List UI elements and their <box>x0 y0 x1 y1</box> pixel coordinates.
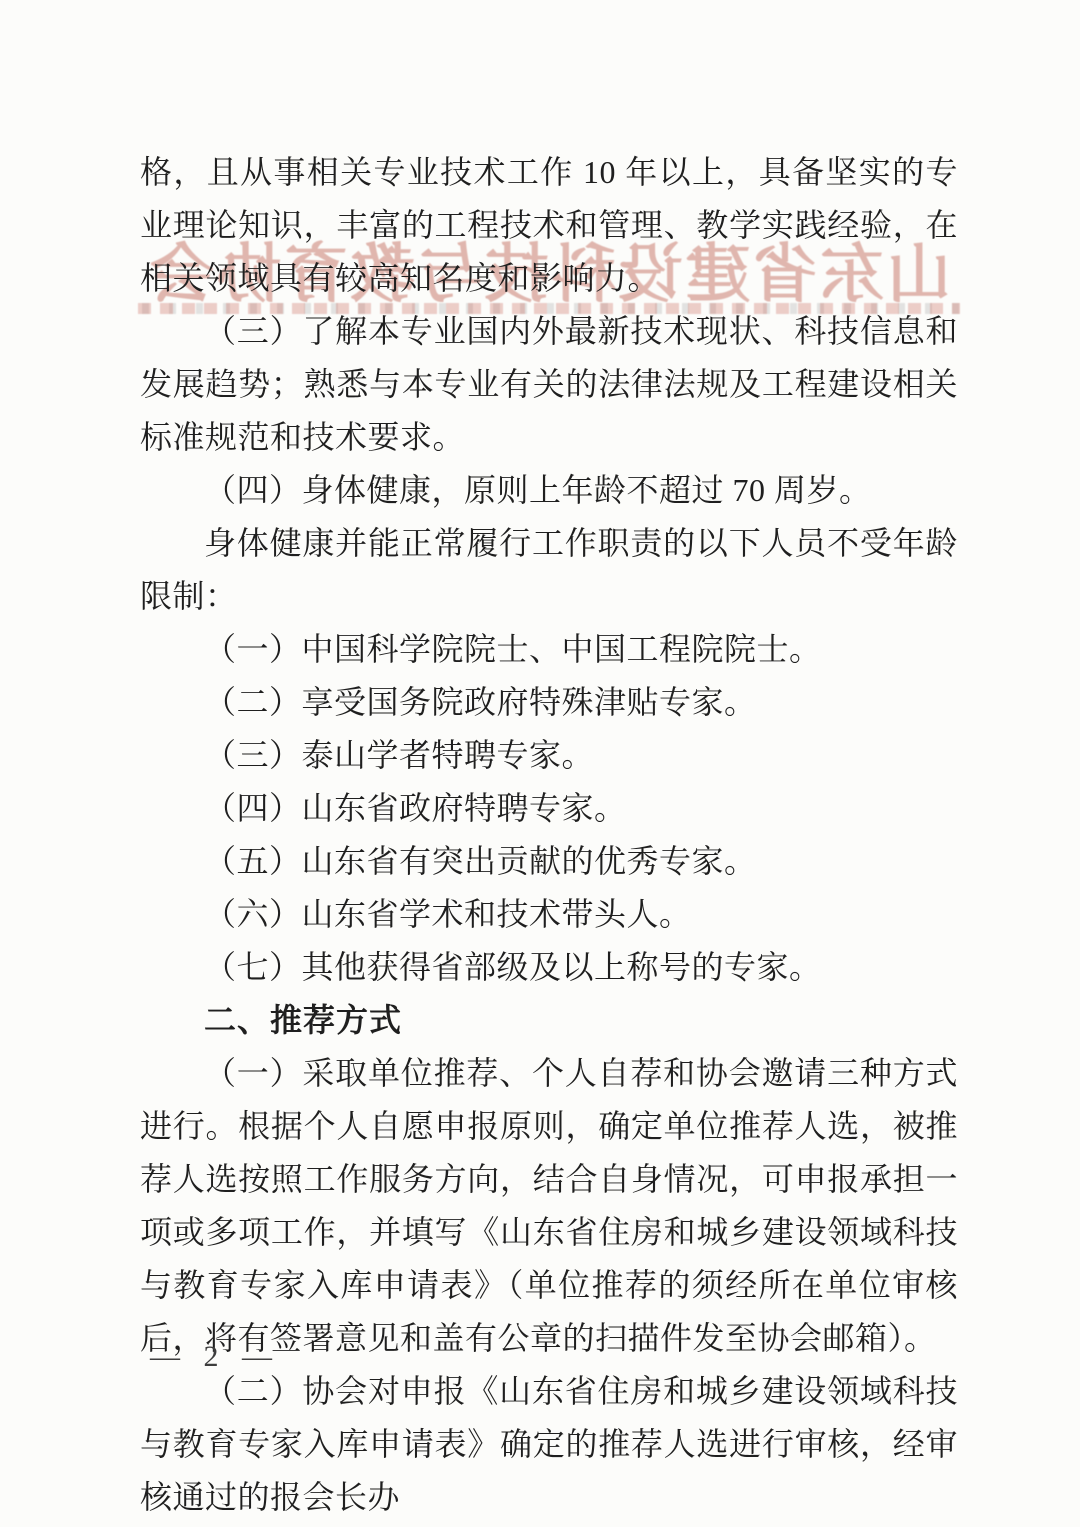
paragraph-item-3: （三）了解本专业国内外最新技术现状、科技信息和发展趋势；熟悉与本专业有关的法律法… <box>140 305 958 464</box>
page-number: — 2 — <box>150 1340 280 1374</box>
section-heading-recommendation-method: 二、推荐方式 <box>140 994 958 1047</box>
paragraph-exempt-3: （三）泰山学者特聘专家。 <box>140 729 958 782</box>
paragraph-exempt-5: （五）山东省有突出贡献的优秀专家。 <box>140 835 958 888</box>
paragraph-exempt-2: （二）享受国务院政府特殊津贴专家。 <box>140 676 958 729</box>
paragraph-method-2: （二）协会对申报《山东省住房和城乡建设领域科技与教育专家入库申请表》确定的推荐人… <box>140 1365 958 1524</box>
paragraph-exempt-4: （四）山东省政府特聘专家。 <box>140 782 958 835</box>
paragraph-continuation: 格，且从事相关专业技术工作 10 年以上，具备坚实的专业理论知识，丰富的工程技术… <box>140 146 958 305</box>
paragraph-method-1: （一）采取单位推荐、个人自荐和协会邀请三种方式进行。根据个人自愿申报原则，确定单… <box>140 1047 958 1365</box>
document-page: 山东省建设科技与教育协会 格，且从事相关专业技术工作 10 年以上，具备坚实的专… <box>0 0 1080 1527</box>
paragraph-age-exemption-intro: 身体健康并能正常履行工作职责的以下人员不受年龄限制： <box>140 517 958 623</box>
paragraph-item-4: （四）身体健康，原则上年龄不超过 70 周岁。 <box>140 464 958 517</box>
body-text: 格，且从事相关专业技术工作 10 年以上，具备坚实的专业理论知识，丰富的工程技术… <box>140 146 958 1524</box>
paragraph-exempt-1: （一）中国科学院院士、中国工程院院士。 <box>140 623 958 676</box>
paragraph-exempt-7: （七）其他获得省部级及以上称号的专家。 <box>140 941 958 994</box>
paragraph-exempt-6: （六）山东省学术和技术带头人。 <box>140 888 958 941</box>
